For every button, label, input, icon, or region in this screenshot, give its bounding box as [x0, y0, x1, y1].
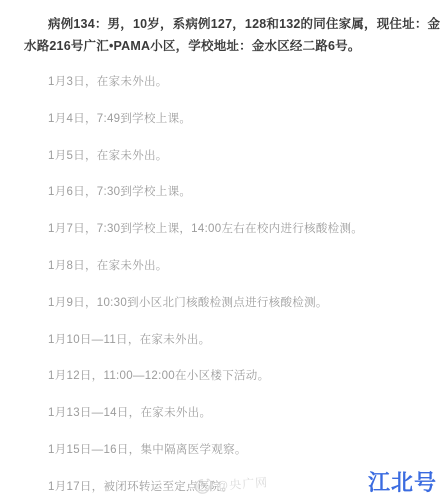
timeline-entry: 1月3日，在家未外出。 — [48, 74, 418, 90]
timeline-entry: 1月10日—11日，在家未外出。 — [48, 332, 418, 348]
timeline-entry: 1月7日，7:30到学校上课，14:00左右在校内进行核酸检测。 — [48, 221, 418, 237]
timeline-entry: 1月6日，7:30到学校上课。 — [48, 184, 418, 200]
case-report-page: 病例134：男，10岁，系病例127，128和132的同住家属，现住址：金水区金… — [0, 0, 440, 503]
brand-watermark: 江北号 — [368, 466, 437, 497]
activity-timeline: 1月3日，在家未外出。 1月4日，7:49到学校上课。 1月5日，在家未外出。 … — [24, 74, 418, 495]
timeline-entry: 1月5日，在家未外出。 — [48, 148, 418, 164]
timeline-entry: 1月9日，10:30到小区北门核酸检测点进行核酸检测。 — [48, 295, 418, 311]
timeline-entry: 1月8日，在家未外出。 — [48, 258, 418, 274]
case-summary: 病例134：男，10岁，系病例127，128和132的同住家属，现住址：金水区金… — [24, 13, 418, 57]
timeline-entry: 1月15日—16日，集中隔离医学观察。 — [48, 442, 418, 458]
timeline-entry: 1月13日—14日，在家未外出。 — [48, 405, 418, 421]
case-summary-line2: 水路216号广汇•PAMA小区，学校地址：金水区经二路6号。 — [24, 35, 418, 57]
case-summary-line1: 病例134：男，10岁，系病例127，128和132的同住家属，现住址：金水区金 — [24, 13, 418, 35]
timeline-entry: 1月12日，11:00—12:00在小区楼下活动。 — [48, 368, 418, 384]
timeline-entry: 1月4日，7:49到学校上课。 — [48, 111, 418, 127]
timeline-entry: 1月17日，被闭环转运至定点医院。 — [48, 479, 418, 495]
